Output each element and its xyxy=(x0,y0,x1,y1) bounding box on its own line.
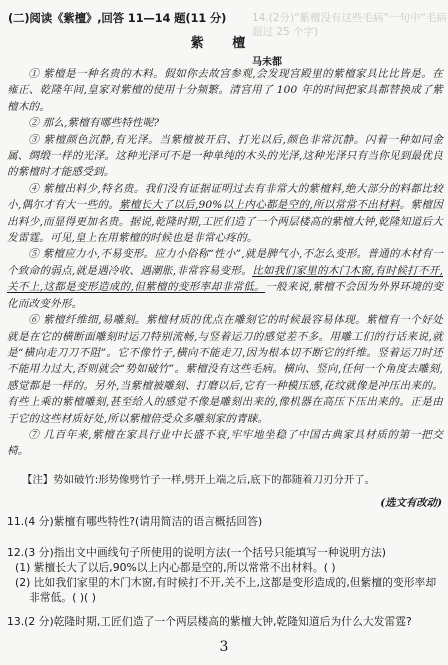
paragraph-6: ⑥ 紫檀纤维细,易雕刻。紫檀材质的优点在雕刻它的时候最容易体现。紫檀有一个好处就… xyxy=(7,312,443,427)
article-body: ① 紫檀是一种名贵的木料。假如你去故宫参观,会发现宫殿里的紫檀家具比比皆是。在雍… xyxy=(7,66,443,460)
page-number: 3 xyxy=(0,639,448,655)
question-12: 12.(3 分)指出文中画线句子所使用的说明方法(一个括号只能填写一种说明方法)… xyxy=(7,545,443,605)
article-title: 紫 檀 xyxy=(0,32,448,51)
question-11: 11.(4 分)紫檀有哪些特性?(请用简洁的语言概括回答) xyxy=(7,514,443,529)
underlined-sentence-1: 紫檀长大了以后,90%以上内心都是空的,所以常常不出材料 xyxy=(119,199,400,211)
paragraph-1: ① 紫檀是一种名贵的木料。假如你去故宫参观,会发现宫殿里的紫檀家具比比皆是。在雍… xyxy=(7,66,443,115)
question-12-item-1: (1) 紫檀长大了以后,90%以上内心都是空的,所以常常不出材料。( ) xyxy=(7,560,443,575)
paragraph-4: ④ 紫檀出料少,特名贵。我们没有证据证明过去有非常大的紫檀料,绝大部分的料都比较… xyxy=(7,181,443,247)
paragraph-3: ③ 紫檀颜色沉静,有光泽。当紫檀被开启、打光以后,颜色非常沉静。闪着一种如同金属… xyxy=(7,132,443,181)
question-12-item-2: (2) 比如我们家里的木门木窗,有时候打不开,关不上,这都是变形造成的,但紫檀的… xyxy=(7,575,443,605)
paragraph-7: ⑦ 几百年来,紫檀在家具行业中长盛不衰,牢牢地坐稳了中国古典家具材质的第一把交椅… xyxy=(7,427,443,460)
source-note: (选文有改动) xyxy=(380,494,442,509)
section-heading: (二)阅读《紫檀》,回答 11—14 题(11 分) xyxy=(8,10,226,26)
bleed-through-text: 14.(2分)“紫檀没有这些毛病”一句中“毛病”指的是什么 xyxy=(252,10,448,25)
paragraph-2: ② 那么,紫檀有哪些特性呢? xyxy=(7,115,443,131)
exam-page: 14.(2分)“紫檀没有这些毛病”一句中“毛病”指的是什么 超过 25 个字) … xyxy=(0,0,448,665)
question-13: 13.(2 分)乾隆时期,工匠们造了一个两层楼高的紫檀大钟,乾隆知道后为什么大发… xyxy=(7,614,443,629)
paragraph-5: ⑤ 紫檀应力小,不易变形。应力小俗称“性小”,就是脾气小,不怎么变形。普通的木材… xyxy=(7,246,443,312)
footnote: 【注】势如破竹:形势像劈竹子一样,劈开上端之后,底下的都随着刀刃分开了。 xyxy=(22,471,442,486)
